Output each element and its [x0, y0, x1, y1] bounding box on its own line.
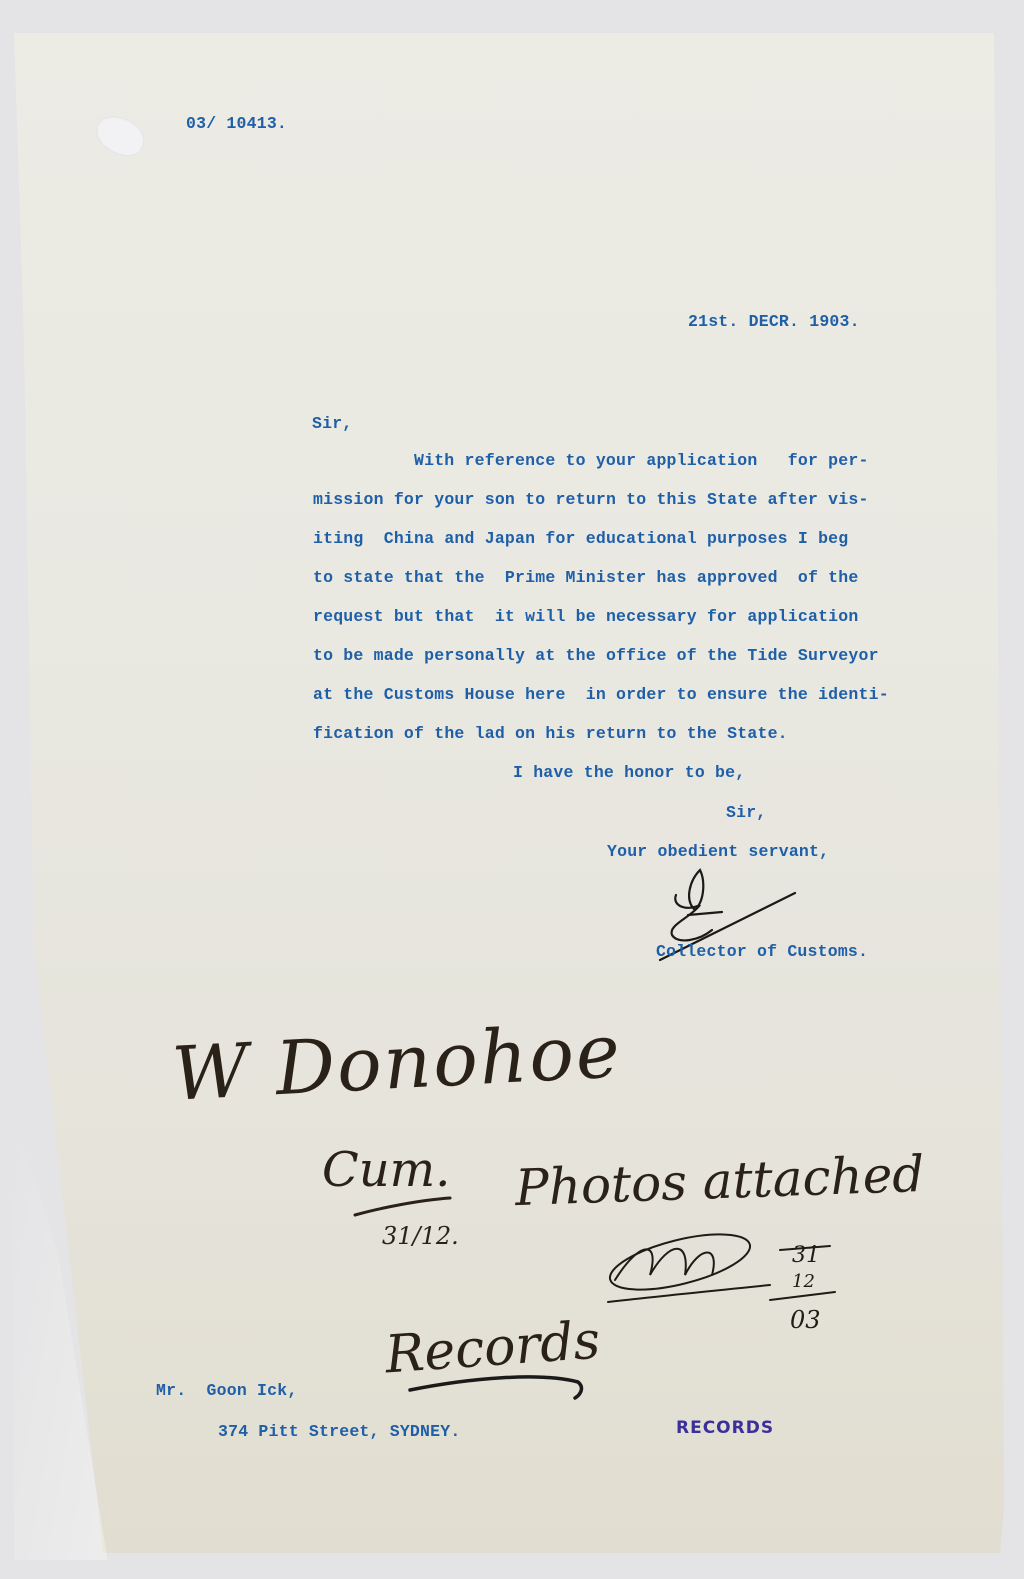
body-line: to state that the Prime Minister has app… [313, 568, 859, 587]
body-line: iting China and Japan for educational pu… [313, 529, 848, 548]
salutation: Sir, [312, 414, 352, 433]
body-line: request but that it will be necessary fo… [313, 607, 859, 626]
closing-sir: Sir, [726, 803, 766, 822]
reference-number: 03/ 10413. [186, 114, 287, 133]
handwritten-initials: Cum. [322, 1142, 450, 1198]
body-line: With reference to your application for p… [414, 451, 869, 470]
closing-line: I have the honor to be, [513, 763, 745, 782]
handwritten-initials-date: 31/12. [382, 1222, 459, 1250]
recipient-address: 374 Pitt Street, SYDNEY. [218, 1422, 460, 1441]
records-stamp: RECORDS [676, 1418, 774, 1438]
recipient-name: Mr. Goon Ick, [156, 1381, 297, 1400]
letter-date: 21st. DECR. 1903. [688, 312, 860, 331]
body-line: at the Customs House here in order to en… [313, 685, 889, 704]
body-line: fication of the lad on his return to the… [313, 724, 788, 743]
signature-title: Collector of Customs. [656, 942, 868, 961]
body-line: to be made personally at the office of t… [313, 646, 879, 665]
closing-servant: Your obedient servant, [607, 842, 829, 861]
body-line: mission for your son to return to this S… [313, 490, 869, 509]
